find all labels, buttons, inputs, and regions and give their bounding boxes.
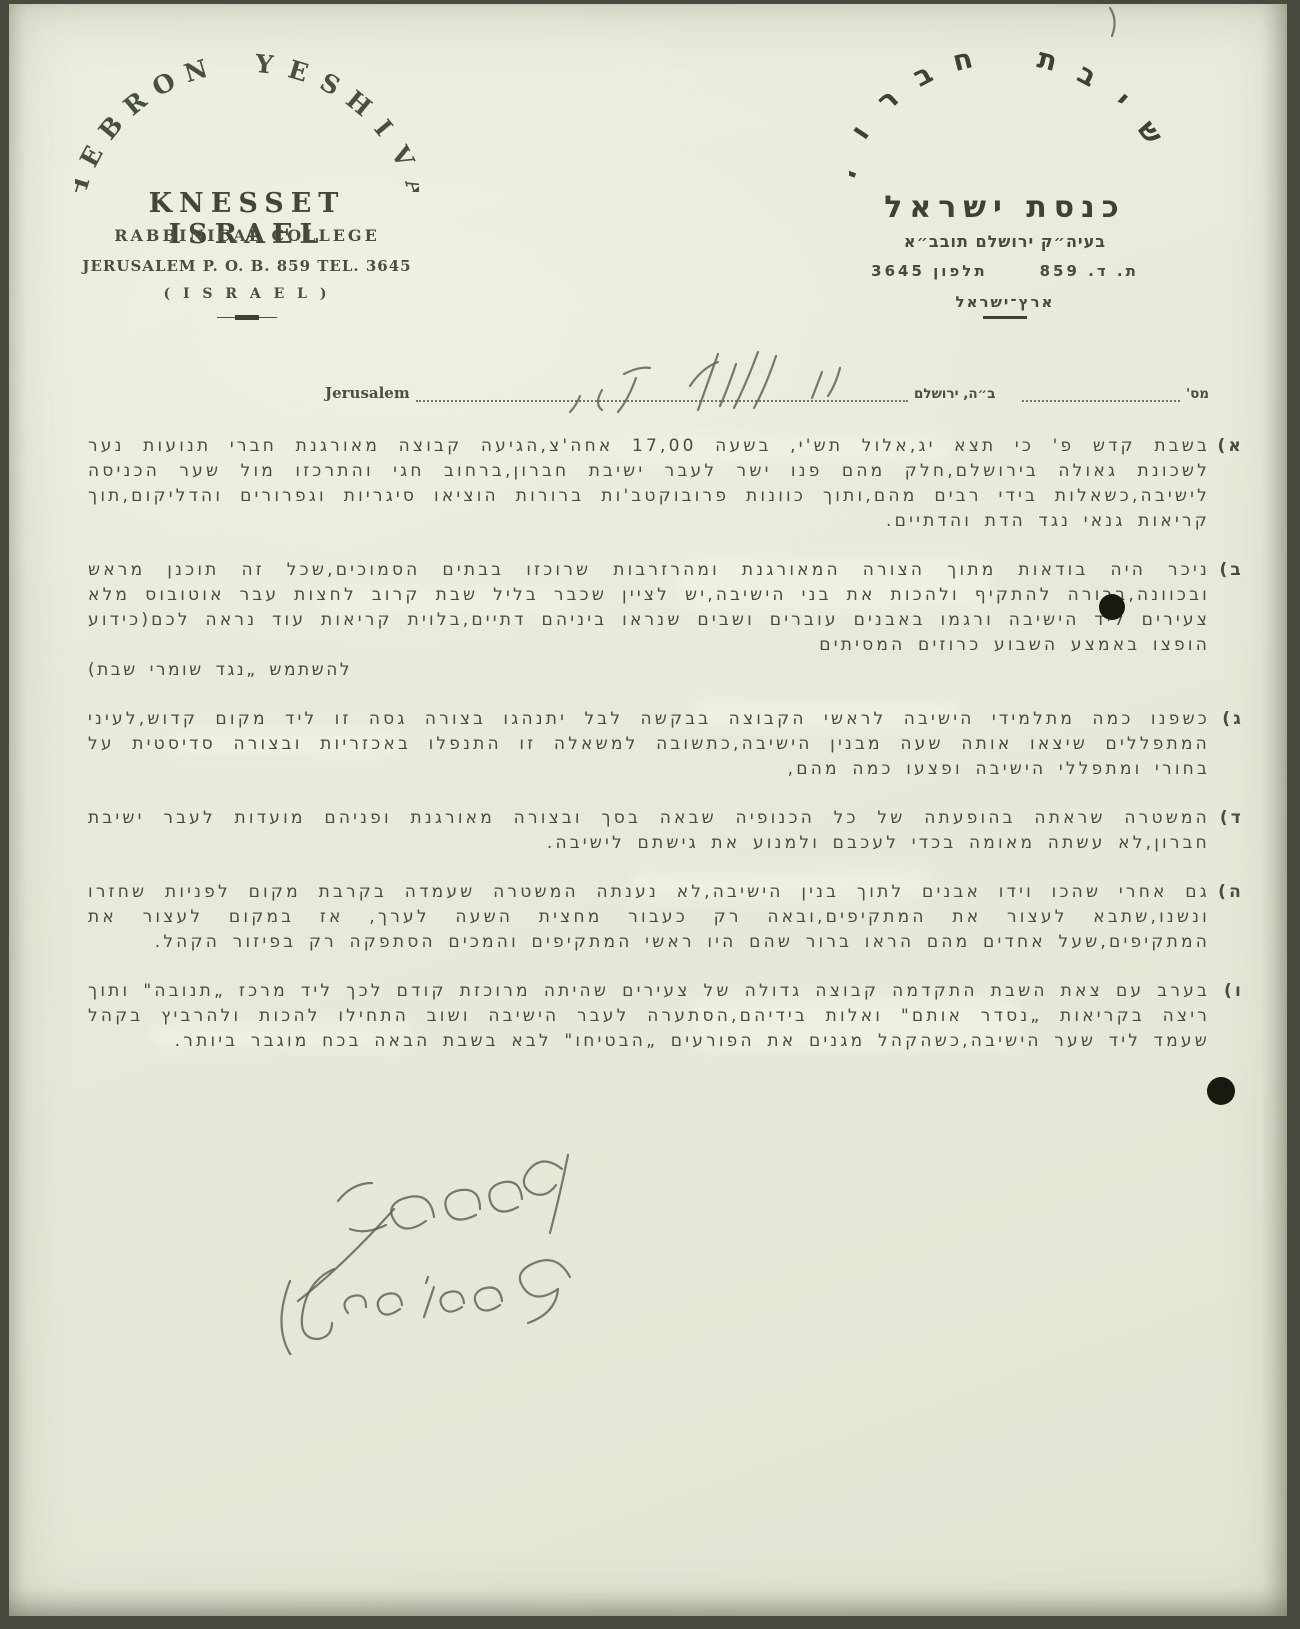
org-name-hebrew: כנסת ישראל xyxy=(830,190,1180,225)
pen-mark xyxy=(1092,4,1122,40)
dateline-dotted-rule xyxy=(1022,386,1180,402)
dateline-jerusalem-label: Jerusalem xyxy=(325,384,410,402)
letterhead-rule xyxy=(983,316,1027,319)
svg-text:E: E xyxy=(285,54,312,87)
svg-text:ב: ב xyxy=(1072,56,1103,93)
svg-text:H: H xyxy=(340,85,377,122)
paragraph-label: ג) xyxy=(1222,707,1244,732)
svg-text:ר: ר xyxy=(870,82,905,118)
letter-body: א) בשבת קדש פ' כי תצא יג,אלול תש'י, בשעה… xyxy=(88,434,1210,1078)
org-phone: תלפון 3645 xyxy=(871,262,987,280)
svg-text:O: O xyxy=(147,66,180,102)
paragraph-text: כשפנו כמה מתלמידי הישיבה לראשי הקבוצה בב… xyxy=(88,709,1210,779)
paragraph-dalet: ד) המשטרה שראתה בהופעתה של כל הכנופיה שב… xyxy=(88,806,1210,856)
paragraph-alef: א) בשבת קדש פ' כי תצא יג,אלול תש'י, בשעה… xyxy=(88,434,1210,534)
paragraph-tail-text: להשתמש „נגד שומרי שבת) xyxy=(88,658,1210,683)
org-address-english: JERUSALEM P. O. B. 859 TEL. 3645 xyxy=(62,257,432,275)
svg-text:N: N xyxy=(181,54,211,88)
letterhead-rule xyxy=(217,315,277,320)
handwritten-date xyxy=(540,338,860,418)
svg-text:ח: ח xyxy=(949,48,976,78)
paragraph-vav: ו) בערב עם צאת השבת התקדמה קבוצה גדולה ש… xyxy=(88,979,1210,1054)
paragraph-label: ה) xyxy=(1218,880,1244,905)
svg-text:ן: ן xyxy=(849,160,857,180)
svg-text:י: י xyxy=(1108,85,1136,115)
svg-text:V: V xyxy=(385,140,419,172)
svg-text:ב: ב xyxy=(907,56,938,93)
paragraph-label: ד) xyxy=(1220,806,1244,831)
paragraph-text: המשטרה שראתה בהופעתה של כל הכנופיה שבאה … xyxy=(88,808,1210,853)
svg-text:ת: ת xyxy=(1034,48,1061,78)
paragraph-label: א) xyxy=(1217,434,1244,459)
paragraph-text: גם אחרי שהכו וידו אבנים לתוך בנין הישיבה… xyxy=(88,882,1210,952)
org-pob: ת. ד. 859 xyxy=(1040,262,1139,280)
paragraph-text: בשבת קדש פ' כי תצא יג,אלול תש'י, בשעה 17… xyxy=(88,436,1210,531)
org-contact-hebrew: ת. ד. 859 תלפון 3645 xyxy=(830,262,1180,280)
paragraph-text: ניכר היה בודאות מתוך הצורה המאורגנת ומהר… xyxy=(88,560,1210,655)
ink-blot xyxy=(1099,594,1125,620)
org-country-hebrew: ארץ־ישראל xyxy=(830,293,1180,311)
paragraph-label: ב) xyxy=(1219,558,1244,583)
svg-text:י: י xyxy=(1153,160,1161,179)
signature-2 xyxy=(281,1260,570,1355)
org-subtitle-english: RABBINICAL COLLEGE xyxy=(62,226,432,245)
svg-text:I: I xyxy=(368,114,398,141)
paragraph-gimel: ג) כשפנו כמה מתלמידי הישיבה לראשי הקבוצה… xyxy=(88,707,1210,782)
paragraph-he: ה) גם אחרי שהכו וידו אבנים לתוך בנין היש… xyxy=(88,880,1210,955)
dateline-number-label: מס' xyxy=(1186,386,1209,402)
svg-text:E: E xyxy=(75,141,109,172)
scanned-letter-page: { "letterhead": { "english": { "arc": "H… xyxy=(0,0,1300,1629)
ink-blot xyxy=(1207,1077,1235,1105)
dateline-hebrew-label: ב״ה, ירושלם xyxy=(914,386,995,402)
arc-title-yeshivat-hevron: ישיבת חברון xyxy=(849,48,1161,198)
svg-text:ו: ו xyxy=(849,119,876,145)
svg-text:S: S xyxy=(315,67,345,101)
paragraph-bet: ב) ניכר היה בודאות מתוך הצורה המאורגנת ו… xyxy=(88,558,1210,683)
svg-text:ש: ש xyxy=(1131,114,1161,150)
svg-text:R: R xyxy=(118,85,153,121)
svg-text:Y: Y xyxy=(253,49,276,80)
signature-1 xyxy=(298,1155,568,1301)
signatures xyxy=(150,1125,620,1355)
paragraph-text: בערב עם צאת השבת התקדמה קבוצה גדולה של צ… xyxy=(88,981,1210,1051)
arc-title-hebron-yeshiva: HEBRON YESHIVA xyxy=(75,22,419,192)
svg-text:B: B xyxy=(93,110,129,145)
org-city-hebrew: בעיה״ק ירושלם תובב״א xyxy=(830,232,1180,251)
org-country-english: ( I S R A E L ) xyxy=(62,286,432,302)
paragraph-label: ו) xyxy=(1224,979,1244,1004)
